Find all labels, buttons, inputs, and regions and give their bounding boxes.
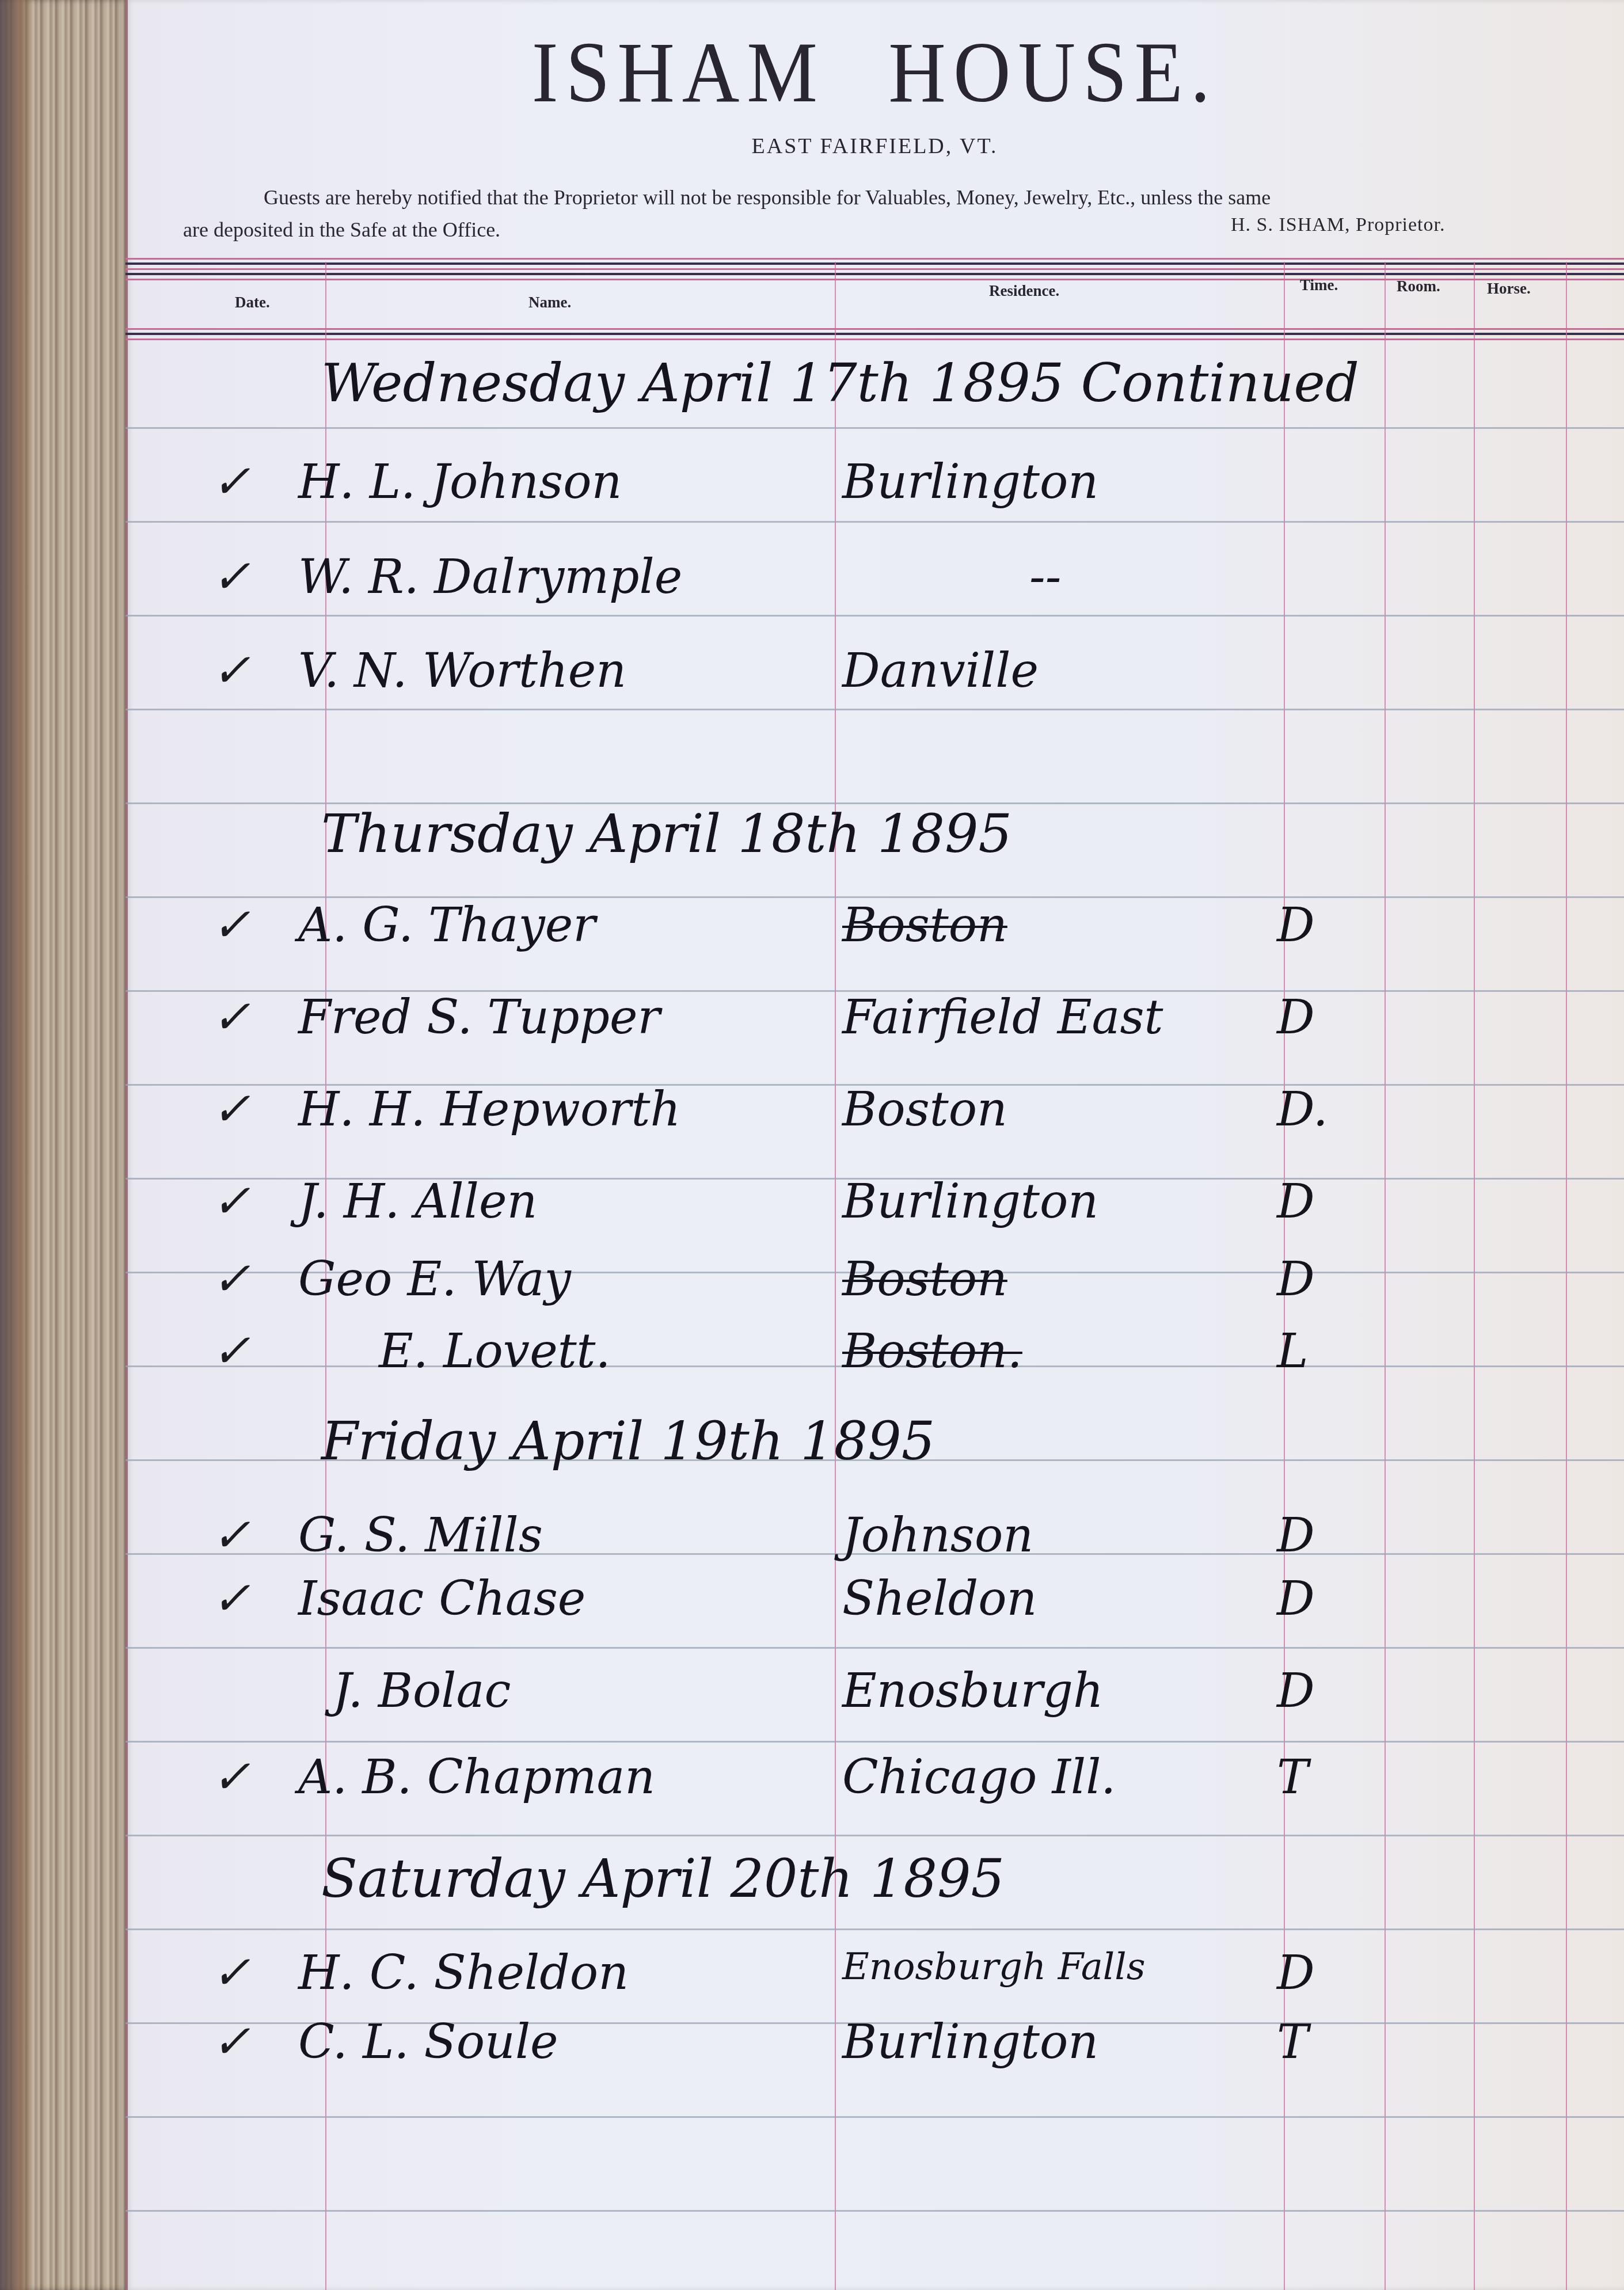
- guest-name: V. N. Worthen: [298, 644, 626, 698]
- column-header-room: Room.: [1397, 277, 1440, 295]
- date-heading-thursday: Thursday April 18th 1895: [321, 803, 1012, 865]
- ruled-line: [125, 521, 1624, 523]
- guest-residence: Boston: [842, 898, 1007, 953]
- column-divider-room-horse: [1474, 262, 1475, 2290]
- ruled-line: [125, 2116, 1624, 2118]
- check-mark: ✓: [212, 1572, 250, 1625]
- book-page-stack: [0, 0, 128, 2290]
- guest-time: T: [1277, 1750, 1309, 1805]
- check-mark: ✓: [212, 2015, 250, 2068]
- date-heading-friday: Friday April 19th 1895: [321, 1410, 935, 1472]
- guest-time: D: [1277, 1572, 1315, 1626]
- column-divider-name-residence: [835, 262, 836, 2290]
- guest-residence: --: [1029, 550, 1061, 604]
- ruled-line: [125, 615, 1624, 617]
- guest-name: H. L. Johnson: [298, 455, 622, 509]
- check-mark: ✓: [212, 455, 250, 508]
- hotel-location: EAST FAIRFIELD, VT.: [125, 134, 1624, 159]
- guest-name: C. L. Soule: [298, 2015, 558, 2070]
- guest-residence: Fairfield East: [842, 990, 1163, 1045]
- guest-name: Isaac Chase: [298, 1572, 585, 1626]
- ruled-line: [125, 1741, 1624, 1743]
- guest-name: W. R. Dalrymple: [298, 550, 682, 604]
- ruled-line: [125, 709, 1624, 710]
- check-mark: ✓: [212, 1508, 250, 1562]
- guest-residence: Enosburgh: [842, 1664, 1104, 1718]
- check-mark: ✓: [212, 1252, 250, 1306]
- book-edge-shadow: [0, 0, 35, 2290]
- guest-name: H. H. Hepworth: [298, 1082, 680, 1137]
- guest-residence: Enosburgh Falls: [842, 1946, 1146, 1988]
- title-isham: ISHAM: [532, 23, 825, 122]
- guest-residence: Burlington: [842, 2015, 1098, 2070]
- guest-time: D.: [1277, 1082, 1328, 1137]
- check-mark: ✓: [212, 898, 250, 952]
- hotel-title: ISHAMHOUSE.: [185, 23, 1564, 122]
- column-divider-time-room: [1385, 262, 1386, 2290]
- guest-residence: Danville: [842, 644, 1039, 698]
- guest-residence: Burlington: [842, 455, 1098, 509]
- check-mark: ✓: [212, 990, 250, 1044]
- column-divider-horse-end: [1566, 262, 1567, 2290]
- guest-name: Geo E. Way: [298, 1252, 571, 1307]
- guest-residence: Boston: [842, 1082, 1007, 1137]
- guest-name: Fred S. Tupper: [298, 990, 660, 1045]
- guest-time: D: [1277, 1946, 1315, 2000]
- register-page: ISHAMHOUSE. EAST FAIRFIELD, VT. Guests a…: [125, 0, 1624, 2290]
- ruled-line: [125, 1928, 1624, 1930]
- notice-line-1: Guests are hereby notified that the Prop…: [264, 185, 1271, 210]
- check-mark: ✓: [212, 550, 250, 603]
- check-mark: ✓: [212, 1082, 250, 1136]
- check-mark: ✓: [212, 1174, 250, 1228]
- guest-time: D: [1277, 1174, 1315, 1229]
- ruled-line: [125, 2210, 1624, 2212]
- guest-name: A. G. Thayer: [298, 898, 596, 953]
- notice-line-2: are deposited in the Safe at the Office.: [183, 218, 500, 242]
- guest-name: J. Bolac: [333, 1664, 511, 1718]
- guest-residence: Burlington: [842, 1174, 1098, 1229]
- column-header-name: Name.: [528, 294, 571, 311]
- guest-name: H. C. Sheldon: [298, 1946, 629, 2000]
- guest-name: E. Lovett.: [379, 1324, 611, 1379]
- check-mark: ✓: [212, 1946, 250, 1999]
- column-header-residence: Residence.: [989, 282, 1059, 300]
- guest-time: L: [1277, 1324, 1308, 1379]
- check-mark: ✓: [212, 1750, 250, 1804]
- guest-name: A. B. Chapman: [298, 1750, 655, 1805]
- guest-residence: Sheldon: [842, 1572, 1037, 1626]
- guest-time: T: [1277, 2015, 1309, 2070]
- guest-name: G. S. Mills: [298, 1508, 543, 1563]
- column-header-time: Time.: [1300, 276, 1338, 294]
- guest-residence: Boston.: [842, 1324, 1022, 1379]
- ruled-line: [125, 1835, 1624, 1836]
- title-house: HOUSE.: [888, 23, 1218, 122]
- page-edge: [125, 0, 128, 2290]
- check-mark: ✓: [212, 644, 250, 697]
- guest-residence: Chicago Ill.: [842, 1750, 1116, 1805]
- guest-residence: Boston: [842, 1252, 1007, 1307]
- guest-time: D: [1277, 990, 1315, 1045]
- date-heading-saturday: Saturday April 20th 1895: [321, 1848, 1005, 1909]
- check-mark: ✓: [212, 1324, 250, 1378]
- column-header-horse: Horse.: [1487, 280, 1531, 298]
- guest-time: D: [1277, 1252, 1315, 1307]
- proprietor-signature: H. S. ISHAM, Proprietor.: [1231, 214, 1446, 236]
- ruled-line: [125, 427, 1624, 429]
- date-heading-wednesday: Wednesday April 17th 1895 Continued: [321, 352, 1359, 414]
- column-header-date: Date.: [235, 294, 270, 311]
- guest-time: D: [1277, 1664, 1315, 1718]
- guest-time: D: [1277, 898, 1315, 953]
- ruled-line: [125, 1647, 1624, 1649]
- guest-time: D: [1277, 1508, 1315, 1563]
- guest-residence: Johnson: [842, 1508, 1033, 1563]
- guest-name: J. H. Allen: [298, 1174, 537, 1229]
